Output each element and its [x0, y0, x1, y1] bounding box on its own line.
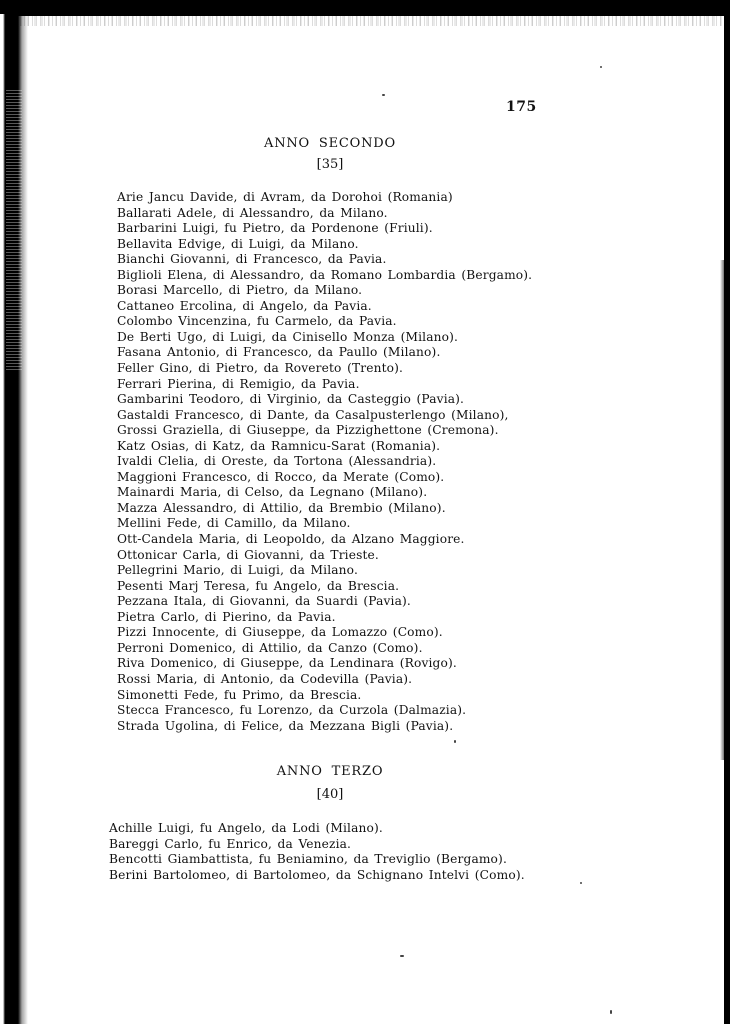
- list-item: Ferrari Pierina, di Remigio, da Pavia.: [117, 377, 532, 393]
- list-item: Fasana Antonio, di Francesco, da Paullo …: [117, 345, 532, 361]
- section-title-anno-secondo: ANNO SECONDO: [0, 136, 660, 151]
- list-item: Pietra Carlo, di Pierino, da Pavia.: [117, 610, 532, 626]
- list-item: Mazza Alessandro, di Attilio, da Brembio…: [117, 501, 532, 517]
- list-item: Rossi Maria, di Antonio, da Codevilla (P…: [117, 672, 532, 688]
- student-list-anno-terzo: Achille Luigi, fu Angelo, da Lodi (Milan…: [109, 821, 525, 883]
- list-item: Arie Jancu Davide, di Avram, da Dorohoi …: [117, 190, 532, 206]
- list-item: Grossi Graziella, di Giuseppe, da Pizzig…: [117, 423, 532, 439]
- scan-binding-speckle: [6, 90, 22, 370]
- scan-speck: [382, 94, 385, 96]
- list-item: Ballarati Adele, di Alessandro, da Milan…: [117, 206, 532, 222]
- scan-right-shadow: [720, 260, 724, 760]
- list-item: Cattaneo Ercolina, di Angelo, da Pavia.: [117, 299, 532, 315]
- scan-speck: [600, 66, 602, 68]
- list-item: Pizzi Innocente, di Giuseppe, da Lomazzo…: [117, 625, 532, 641]
- list-item: Perroni Domenico, di Attilio, da Canzo (…: [117, 641, 532, 657]
- scan-top-border: [0, 0, 730, 16]
- list-item: Biglioli Elena, di Alessandro, da Romano…: [117, 268, 532, 284]
- list-item: Strada Ugolina, di Felice, da Mezzana Bi…: [117, 719, 532, 735]
- scan-speck: [580, 882, 582, 884]
- list-item: Bencotti Giambattista, fu Beniamino, da …: [109, 852, 525, 868]
- list-item: Bellavita Edvige, di Luigi, da Milano.: [117, 237, 532, 253]
- list-item: Gambarini Teodoro, di Virginio, da Caste…: [117, 392, 532, 408]
- list-item: De Berti Ugo, di Luigi, da Cinisello Mon…: [117, 330, 532, 346]
- scan-speck: [610, 1010, 612, 1014]
- list-item: Riva Domenico, di Giuseppe, da Lendinara…: [117, 656, 532, 672]
- list-item: Bareggi Carlo, fu Enrico, da Venezia.: [109, 837, 525, 853]
- list-item: Barbarini Luigi, fu Pietro, da Pordenone…: [117, 221, 532, 237]
- list-item: Mainardi Maria, di Celso, da Legnano (Mi…: [117, 485, 532, 501]
- list-item: Stecca Francesco, fu Lorenzo, da Curzola…: [117, 703, 532, 719]
- list-item: Pesenti Marj Teresa, fu Angelo, da Bresc…: [117, 579, 532, 595]
- list-item: Ott-Candela Maria, di Leopoldo, da Alzan…: [117, 532, 532, 548]
- list-item: Colombo Vincenzina, fu Carmelo, da Pavia…: [117, 314, 532, 330]
- list-item: Feller Gino, di Pietro, da Rovereto (Tre…: [117, 361, 532, 377]
- list-item: Mellini Fede, di Camillo, da Milano.: [117, 516, 532, 532]
- list-item: Ottonicar Carla, di Giovanni, da Trieste…: [117, 548, 532, 564]
- scan-right-border: [724, 10, 730, 1024]
- list-item: Achille Luigi, fu Angelo, da Lodi (Milan…: [109, 821, 525, 837]
- list-item: Borasi Marcello, di Pietro, da Milano.: [117, 283, 532, 299]
- section-count-anno-terzo: [40]: [0, 787, 660, 802]
- list-item: Simonetti Fede, fu Primo, da Brescia.: [117, 688, 532, 704]
- student-list-anno-secondo: Arie Jancu Davide, di Avram, da Dorohoi …: [117, 190, 532, 734]
- scan-speck: [454, 740, 456, 743]
- list-item: Pezzana Itala, di Giovanni, da Suardi (P…: [117, 594, 532, 610]
- list-item: Katz Osias, di Katz, da Ramnicu-Sarat (R…: [117, 439, 532, 455]
- section-title-anno-terzo: ANNO TERZO: [0, 764, 660, 779]
- list-item: Maggioni Francesco, di Rocco, da Merate …: [117, 470, 532, 486]
- scan-speck: [400, 955, 404, 957]
- list-item: Gastaldi Francesco, di Dante, da Casalpu…: [117, 408, 532, 424]
- list-item: Pellegrini Mario, di Luigi, da Milano.: [117, 563, 532, 579]
- list-item: Ivaldi Clelia, di Oreste, da Tortona (Al…: [117, 454, 532, 470]
- list-item: Berini Bartolomeo, di Bartolomeo, da Sch…: [109, 868, 525, 884]
- page-number: 175: [506, 99, 537, 115]
- scan-top-noise: [20, 16, 725, 26]
- list-item: Bianchi Giovanni, di Francesco, da Pavia…: [117, 252, 532, 268]
- section-count-anno-secondo: [35]: [0, 157, 660, 172]
